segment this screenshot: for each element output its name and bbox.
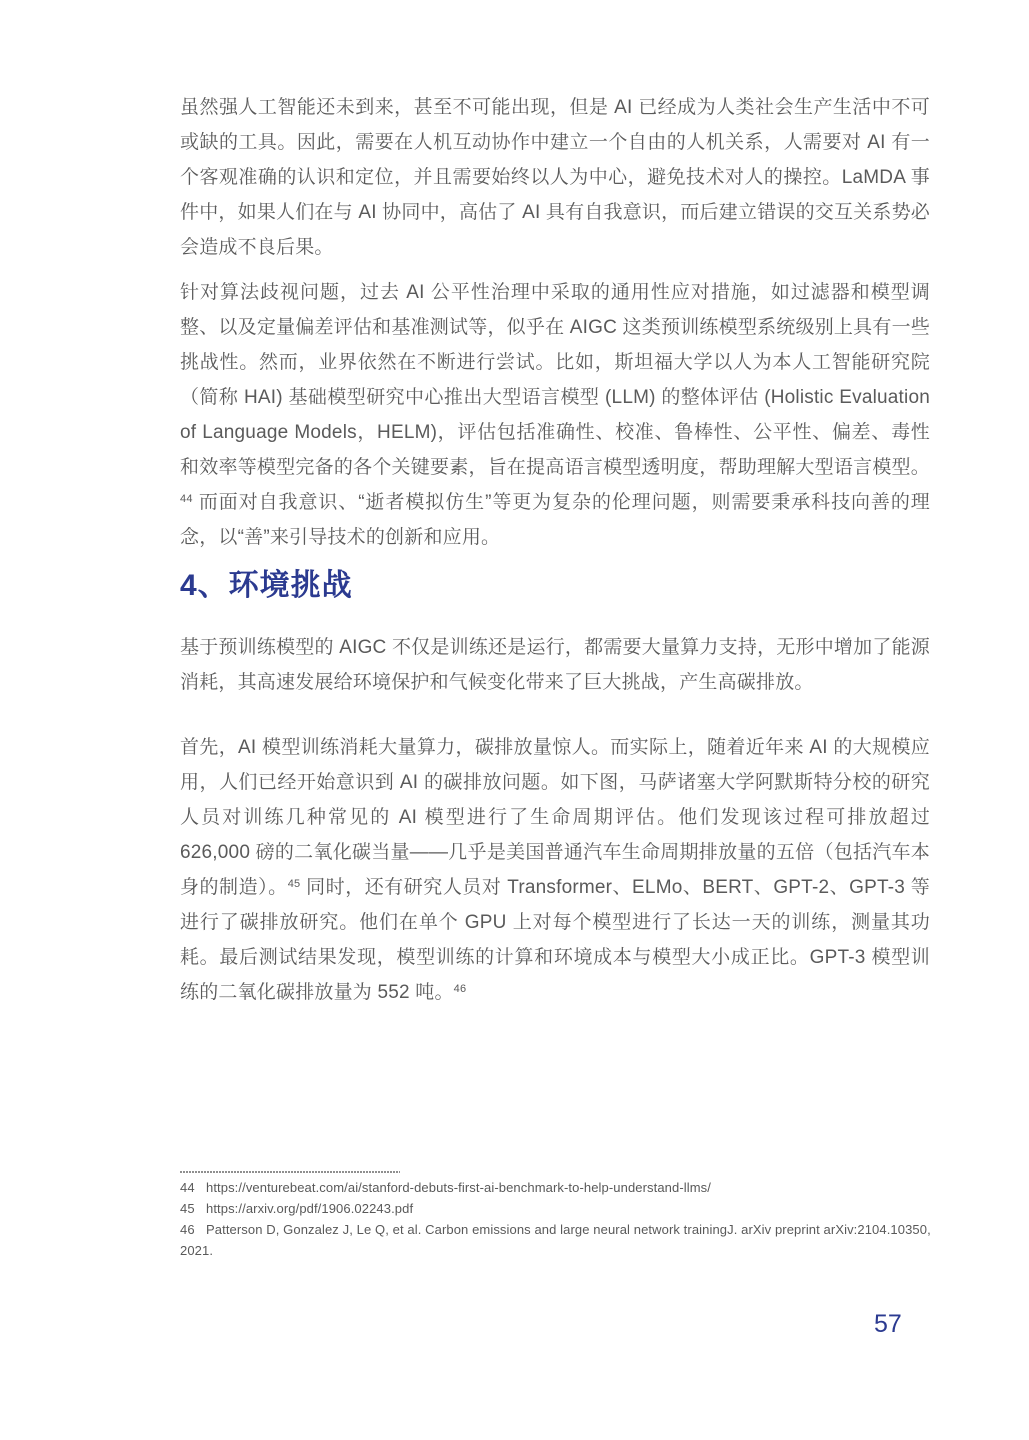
section-heading-environment-challenge: 4、环境挑战 xyxy=(180,566,353,606)
footnote-row: 44https://venturebeat.com/ai/stanford-de… xyxy=(180,1177,950,1198)
footnote-row: 45https://arxiv.org/pdf/1906.02243.pdf xyxy=(180,1198,950,1219)
footnote-row: 46Patterson D, Gonzalez J, Le Q, et al. … xyxy=(180,1219,950,1261)
footnote-number: 46 xyxy=(180,1219,206,1240)
paragraph-carbon-emissions: 首先，AI 模型训练消耗大量算力，碳排放量惊人。而实际上，随着近年来 AI 的大… xyxy=(180,730,930,1010)
footnote-reference: 44 xyxy=(180,493,193,505)
footnote-number: 44 xyxy=(180,1177,206,1198)
paragraph-aigc-energy: 基于预训练模型的 AIGC 不仅是训练还是运行，都需要大量算力支持，无形中增加了… xyxy=(180,630,930,700)
paragraph-strong-ai: 虽然强人工智能还未到来，甚至不可能出现，但是 AI 已经成为人类社会生产生活中不… xyxy=(180,90,930,265)
page-number: 57 xyxy=(874,1310,902,1338)
footnote-text: https://arxiv.org/pdf/1906.02243.pdf xyxy=(206,1201,413,1216)
footnotes: 44https://venturebeat.com/ai/stanford-de… xyxy=(180,1177,950,1261)
document-page: 虽然强人工智能还未到来，甚至不可能出现，但是 AI 已经成为人类社会生产生活中不… xyxy=(0,0,1029,1440)
paragraph-algorithm-bias: 针对算法歧视问题，过去 AI 公平性治理中采取的通用性应对措施，如过滤器和模型调… xyxy=(180,275,930,555)
footnote-reference: 46 xyxy=(454,983,467,995)
footnote-text: Patterson D, Gonzalez J, Le Q, et al. Ca… xyxy=(180,1222,931,1258)
footnote-divider xyxy=(180,1171,400,1173)
footnote-text: https://venturebeat.com/ai/stanford-debu… xyxy=(206,1180,711,1195)
footnote-number: 45 xyxy=(180,1198,206,1219)
footnote-reference: 45 xyxy=(288,878,301,890)
